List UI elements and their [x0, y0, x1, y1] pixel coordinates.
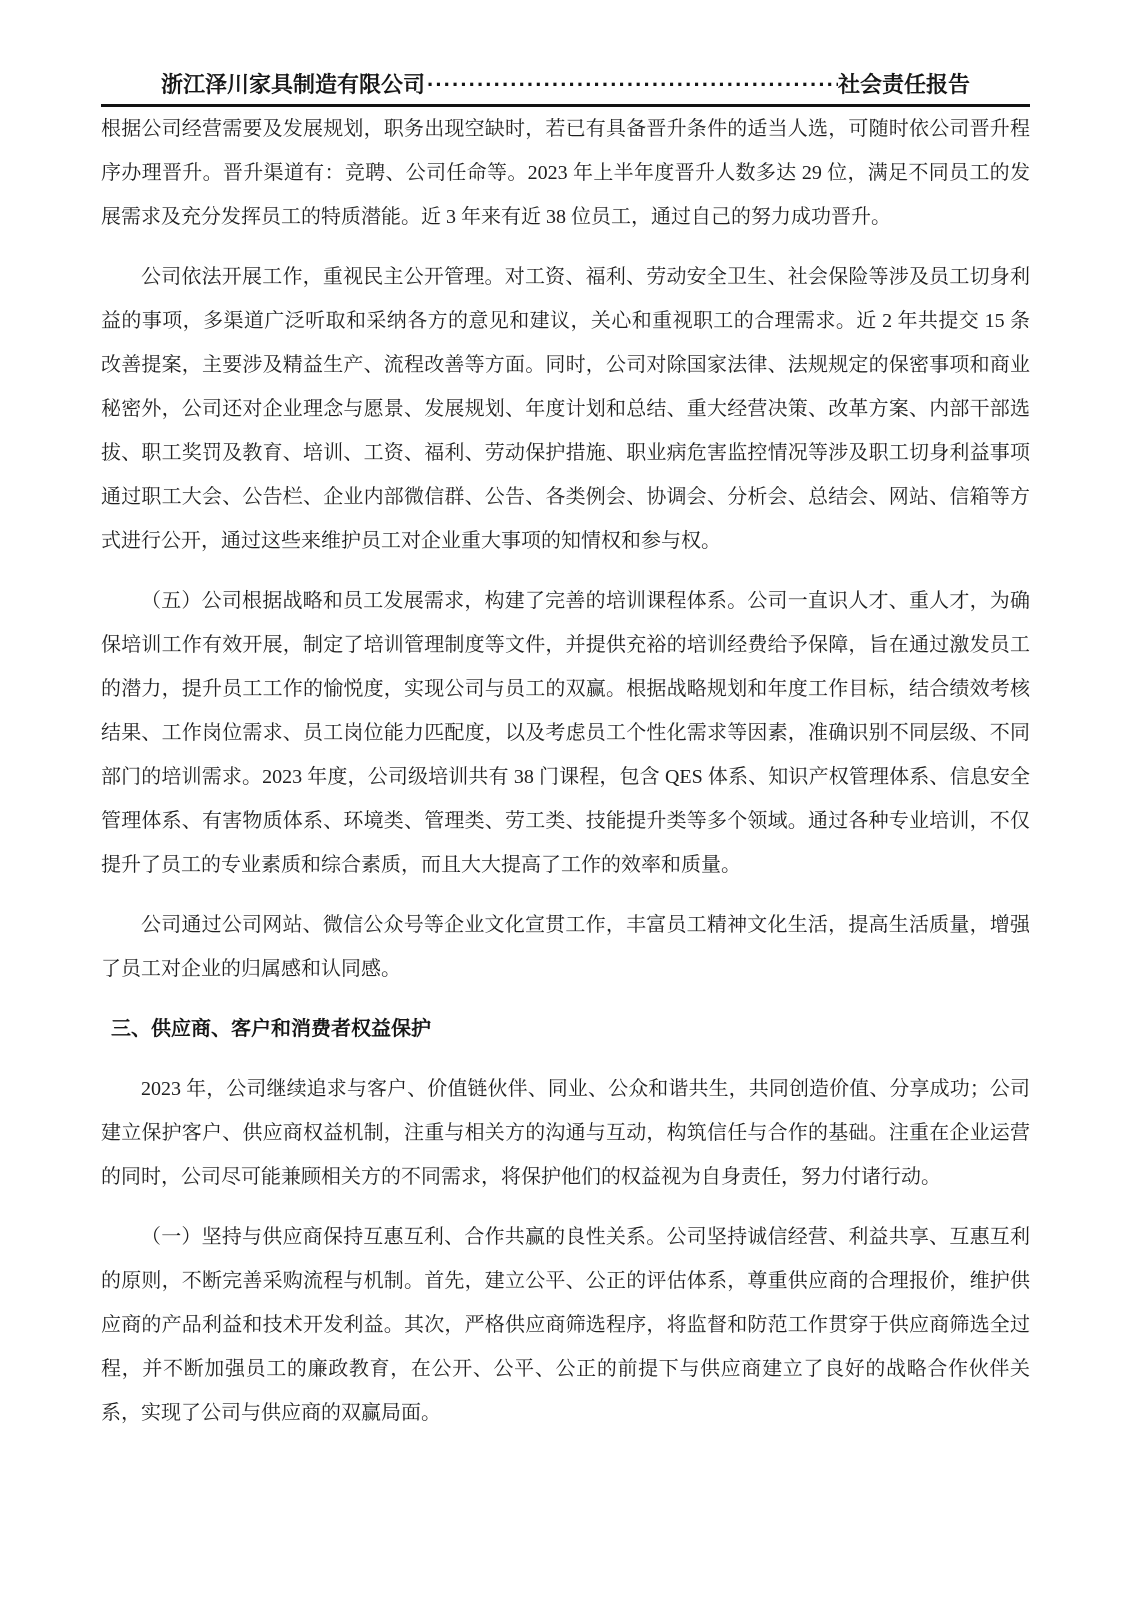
company-name: 浙江泽川家具制造有限公司 — [161, 72, 425, 98]
report-title: 社会责任报告 — [838, 72, 970, 98]
report-page: 浙江泽川家具制造有限公司 ···························… — [0, 0, 1131, 1600]
paragraph-supplier-relations: （一）坚持与供应商保持互惠互利、合作共赢的良性关系。公司坚持诚信经营、利益共享、… — [101, 1215, 1030, 1435]
paragraph-democratic-management: 公司依法开展工作，重视民主公开管理。对工资、福利、劳动安全卫生、社会保险等涉及员… — [101, 255, 1030, 563]
paragraph-promotion: 根据公司经营需要及发展规划，职务出现空缺时，若已有具备晋升条件的适当人选，可随时… — [101, 107, 1030, 239]
dot-leader: ········································… — [425, 72, 838, 98]
paragraph-corporate-culture: 公司通过公司网站、微信公众号等企业文化宣贯工作，丰富员工精神文化生活，提高生活质… — [101, 903, 1030, 991]
page-header: 浙江泽川家具制造有限公司 ···························… — [101, 72, 1030, 107]
section-heading-supplier-customer-rights: 三、供应商、客户和消费者权益保护 — [101, 1007, 1030, 1051]
paragraph-stakeholder-harmony: 2023 年，公司继续追求与客户、价值链伙伴、同业、公众和谐共生，共同创造价值、… — [101, 1067, 1030, 1199]
document-body: 根据公司经营需要及发展规划，职务出现空缺时，若已有具备晋升条件的适当人选，可随时… — [101, 107, 1030, 1435]
paragraph-training-system: （五）公司根据战略和员工发展需求，构建了完善的培训课程体系。公司一直识人才、重人… — [101, 579, 1030, 887]
